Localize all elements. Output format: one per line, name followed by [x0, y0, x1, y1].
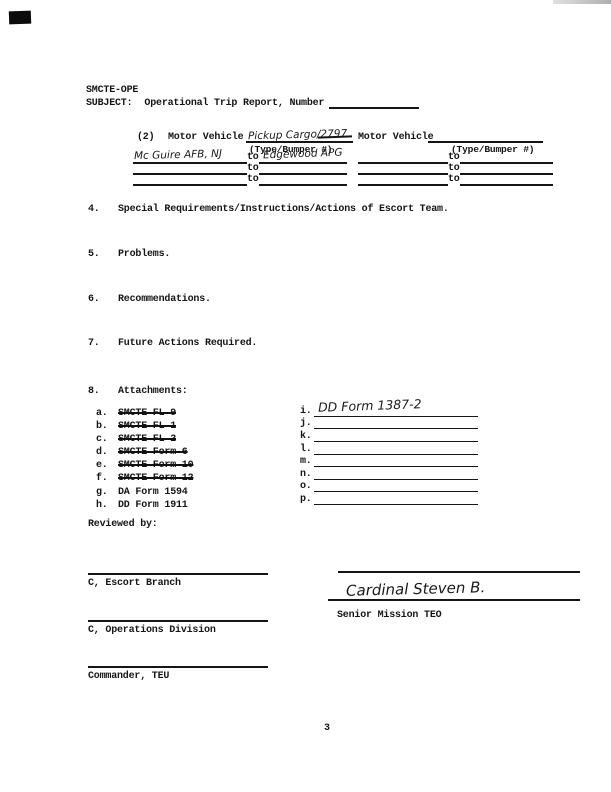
- scan-artifact-streak: [553, 0, 611, 4]
- attachment-left-item: c.SMCTE FL 2: [96, 433, 193, 446]
- attachment-left-item: d.SMCTE Form 6: [96, 446, 193, 459]
- attachment-right-item: n.: [300, 467, 478, 480]
- item-text: Problems.: [118, 249, 170, 260]
- attachment-letter: k.: [300, 431, 314, 442]
- route-line: [133, 184, 247, 186]
- subject-number-blank: [329, 97, 419, 109]
- signature-title: C, Escort Branch: [88, 578, 181, 589]
- subject-label: SUBJECT:: [86, 98, 132, 109]
- route-line: [460, 184, 553, 186]
- attachment-letter: o.: [300, 481, 314, 492]
- attachment-left-item: e.SMCTE Form 10: [96, 459, 193, 472]
- attachment-letter: g.: [96, 486, 118, 499]
- attachment-line: [314, 475, 478, 480]
- attachment-letter: d.: [96, 446, 118, 459]
- route-line: [460, 173, 553, 175]
- office-symbol: SMCTE-OPE: [86, 85, 138, 96]
- attachment-letter: b.: [96, 420, 118, 433]
- attachment-label: SMCTE FL 1: [118, 421, 176, 432]
- attachment-left-item: f.SMCTE Form 12: [96, 472, 193, 485]
- attachment-letter: e.: [96, 459, 118, 472]
- attachment-right-item: o.: [300, 480, 478, 493]
- item-number: 6.: [88, 294, 100, 305]
- reviewed-by-label: Reviewed by:: [88, 519, 158, 530]
- route-line: [259, 173, 347, 175]
- route-line: [133, 162, 247, 164]
- attachment-label: DD Form 1911: [118, 500, 188, 511]
- signature-line: [88, 573, 268, 575]
- attachment-right-item: k.: [300, 429, 478, 442]
- signature-line: [328, 599, 580, 601]
- motor-vehicle-label-right: Motor Vehicle: [358, 132, 433, 143]
- attachment-left-item: a.SMCTE FL 9: [96, 407, 193, 420]
- attachment-right-item: p.: [300, 492, 478, 505]
- attachments-right-list: i. j. k. l. m. n. o. p.: [300, 404, 478, 505]
- attachment-letter: l.: [300, 444, 314, 455]
- attachment-letter: h.: [96, 499, 118, 512]
- attachment-left-item: b.SMCTE FL 1: [96, 420, 193, 433]
- attachment-letter: p.: [300, 494, 314, 505]
- attachment-letter: f.: [96, 472, 118, 485]
- item-number: 7.: [88, 338, 100, 349]
- item-text: Attachments:: [118, 386, 188, 397]
- motor-vehicle-label-left: Motor Vehicle: [168, 132, 243, 143]
- subject-text: Operational Trip Report, Number: [144, 98, 324, 109]
- attachment-line: [314, 424, 478, 429]
- route-line: [259, 184, 347, 186]
- item-number: 4.: [88, 204, 100, 215]
- route-line: [460, 162, 553, 164]
- item-text: Recommendations.: [118, 294, 211, 305]
- to-label: to: [448, 152, 460, 163]
- vehicle-type-line-right: [428, 141, 543, 143]
- route-line: [133, 173, 247, 175]
- document-page: SMCTE-OPE SUBJECT: Operational Trip Repo…: [0, 0, 611, 792]
- attachment-label: SMCTE FL 9: [118, 408, 176, 419]
- to-label: to: [247, 163, 259, 174]
- route-line: [358, 162, 448, 164]
- attachment-line: [314, 450, 478, 455]
- attachment-left-item: g.DA Form 1594: [96, 486, 193, 499]
- attachment-right-item: m.: [300, 455, 478, 468]
- attachment-label: SMCTE FL 2: [118, 434, 176, 445]
- signature-line: [88, 666, 268, 668]
- attachment-label: SMCTE Form 6: [118, 447, 188, 458]
- route-line: [358, 173, 448, 175]
- handwritten-signature: Cardinal Steven B.: [346, 578, 486, 600]
- attachment-right-item: j.: [300, 417, 478, 430]
- signature-line: [88, 620, 268, 622]
- item-text: Future Actions Required.: [118, 338, 257, 349]
- to-label: to: [448, 174, 460, 185]
- attachment-letter: j.: [300, 418, 314, 429]
- attachment-letter: i.: [300, 406, 314, 417]
- attachment-right-item: l.: [300, 442, 478, 455]
- attachments-left-list: a.SMCTE FL 9 b.SMCTE FL 1 c.SMCTE FL 2 d…: [96, 407, 193, 512]
- attachment-label: SMCTE Form 12: [118, 473, 193, 484]
- to-label: to: [448, 163, 460, 174]
- handwritten-destination: Edgewood APG: [263, 147, 343, 162]
- attachment-letter: n.: [300, 469, 314, 480]
- attachment-label: SMCTE Form 10: [118, 460, 193, 471]
- signature-title: C, Operations Division: [88, 625, 216, 636]
- route-line: [358, 184, 448, 186]
- type-bumper-caption-right: (Type/Bumper #): [451, 144, 534, 155]
- attachment-line: [314, 462, 478, 467]
- to-label: to: [247, 152, 259, 163]
- handwritten-origin: Mc Guire AFB, NJ: [134, 148, 222, 162]
- vehicle-item-number: (2): [137, 132, 154, 143]
- scan-artifact-mark: [9, 11, 31, 25]
- attachment-label: DA Form 1594: [118, 487, 188, 498]
- signature-title: Commander, TEU: [88, 671, 169, 682]
- route-line: [259, 162, 347, 164]
- to-label: to: [247, 174, 259, 185]
- attachment-line: [314, 437, 478, 442]
- attachment-letter: m.: [300, 456, 314, 467]
- signature-line: [338, 571, 580, 573]
- item-number: 5.: [88, 249, 100, 260]
- attachment-line: [314, 500, 478, 505]
- item-number: 8.: [88, 386, 100, 397]
- attachment-line: [314, 487, 478, 492]
- attachment-left-item: h.DD Form 1911: [96, 499, 193, 512]
- page-number: 3: [324, 723, 330, 734]
- attachment-letter: a.: [96, 407, 118, 420]
- attachment-letter: c.: [96, 433, 118, 446]
- item-text: Special Requirements/Instructions/Action…: [118, 204, 449, 215]
- signer-title: Senior Mission TEO: [337, 610, 441, 621]
